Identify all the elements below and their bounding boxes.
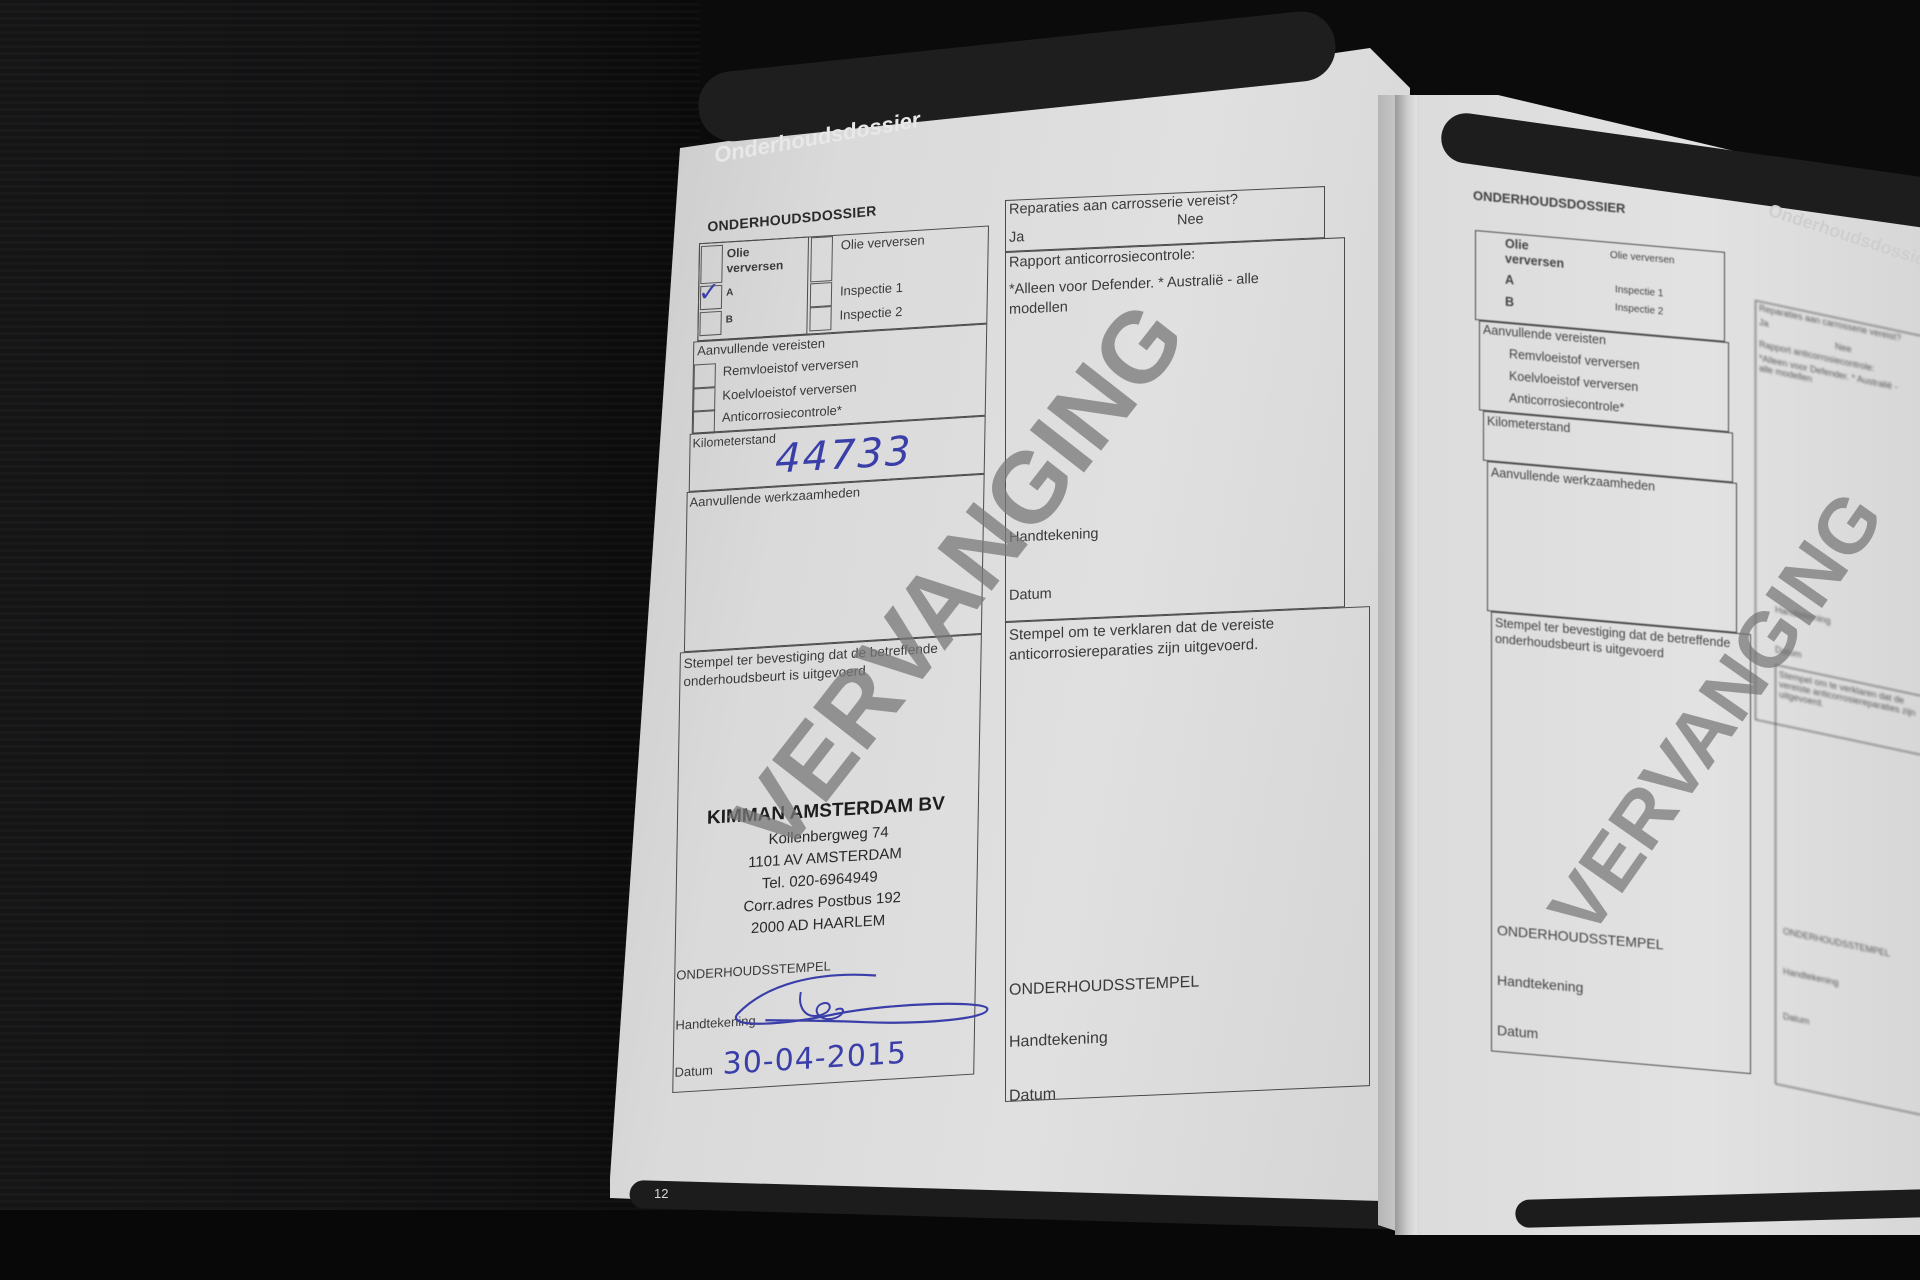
book-spine <box>1395 95 1417 1235</box>
page-number: 12 <box>654 1186 668 1201</box>
oil-change-label: Olie verversen <box>726 242 797 276</box>
fabric-background <box>0 0 700 1280</box>
checkbox-brake-fluid[interactable] <box>694 363 716 388</box>
bodywork-yes: Ja <box>1009 229 1024 246</box>
checkbox-inspection-1[interactable] <box>810 282 832 307</box>
bodywork-form: Reparaties aan carrosserie vereist? Ja N… <box>1005 184 1370 1100</box>
option-b-label: B <box>726 314 733 325</box>
option-a-label: A <box>726 287 733 298</box>
section-heading: ONDERHOUDSDOSSIER <box>707 202 876 234</box>
odometer-value: 44733 <box>775 428 913 482</box>
corrosion-stamp-box <box>1005 606 1370 1102</box>
checkbox-oil-change-2[interactable] <box>810 236 833 282</box>
date-label: Datum <box>674 1062 713 1079</box>
right-oil-label: Olie verversen <box>1505 237 1565 272</box>
check-mark-a: ✓ <box>698 277 720 308</box>
right-bodywork-form: Reparaties aan carrosserie vereist? Ja N… <box>1755 300 1920 1138</box>
checkbox-anticorrosion[interactable] <box>693 409 715 434</box>
right-bodywork-yes: Ja <box>1759 317 1769 329</box>
right-corrosion-stamp-box <box>1775 664 1920 1127</box>
right-option-a: A <box>1505 273 1514 288</box>
bodywork-no: Nee <box>1177 211 1204 228</box>
checkbox-inspection-2[interactable] <box>809 306 831 331</box>
right-option-b: B <box>1505 295 1514 310</box>
checkbox-option-b[interactable] <box>699 311 721 336</box>
corrosion-date-label: Datum <box>1009 1086 1056 1106</box>
